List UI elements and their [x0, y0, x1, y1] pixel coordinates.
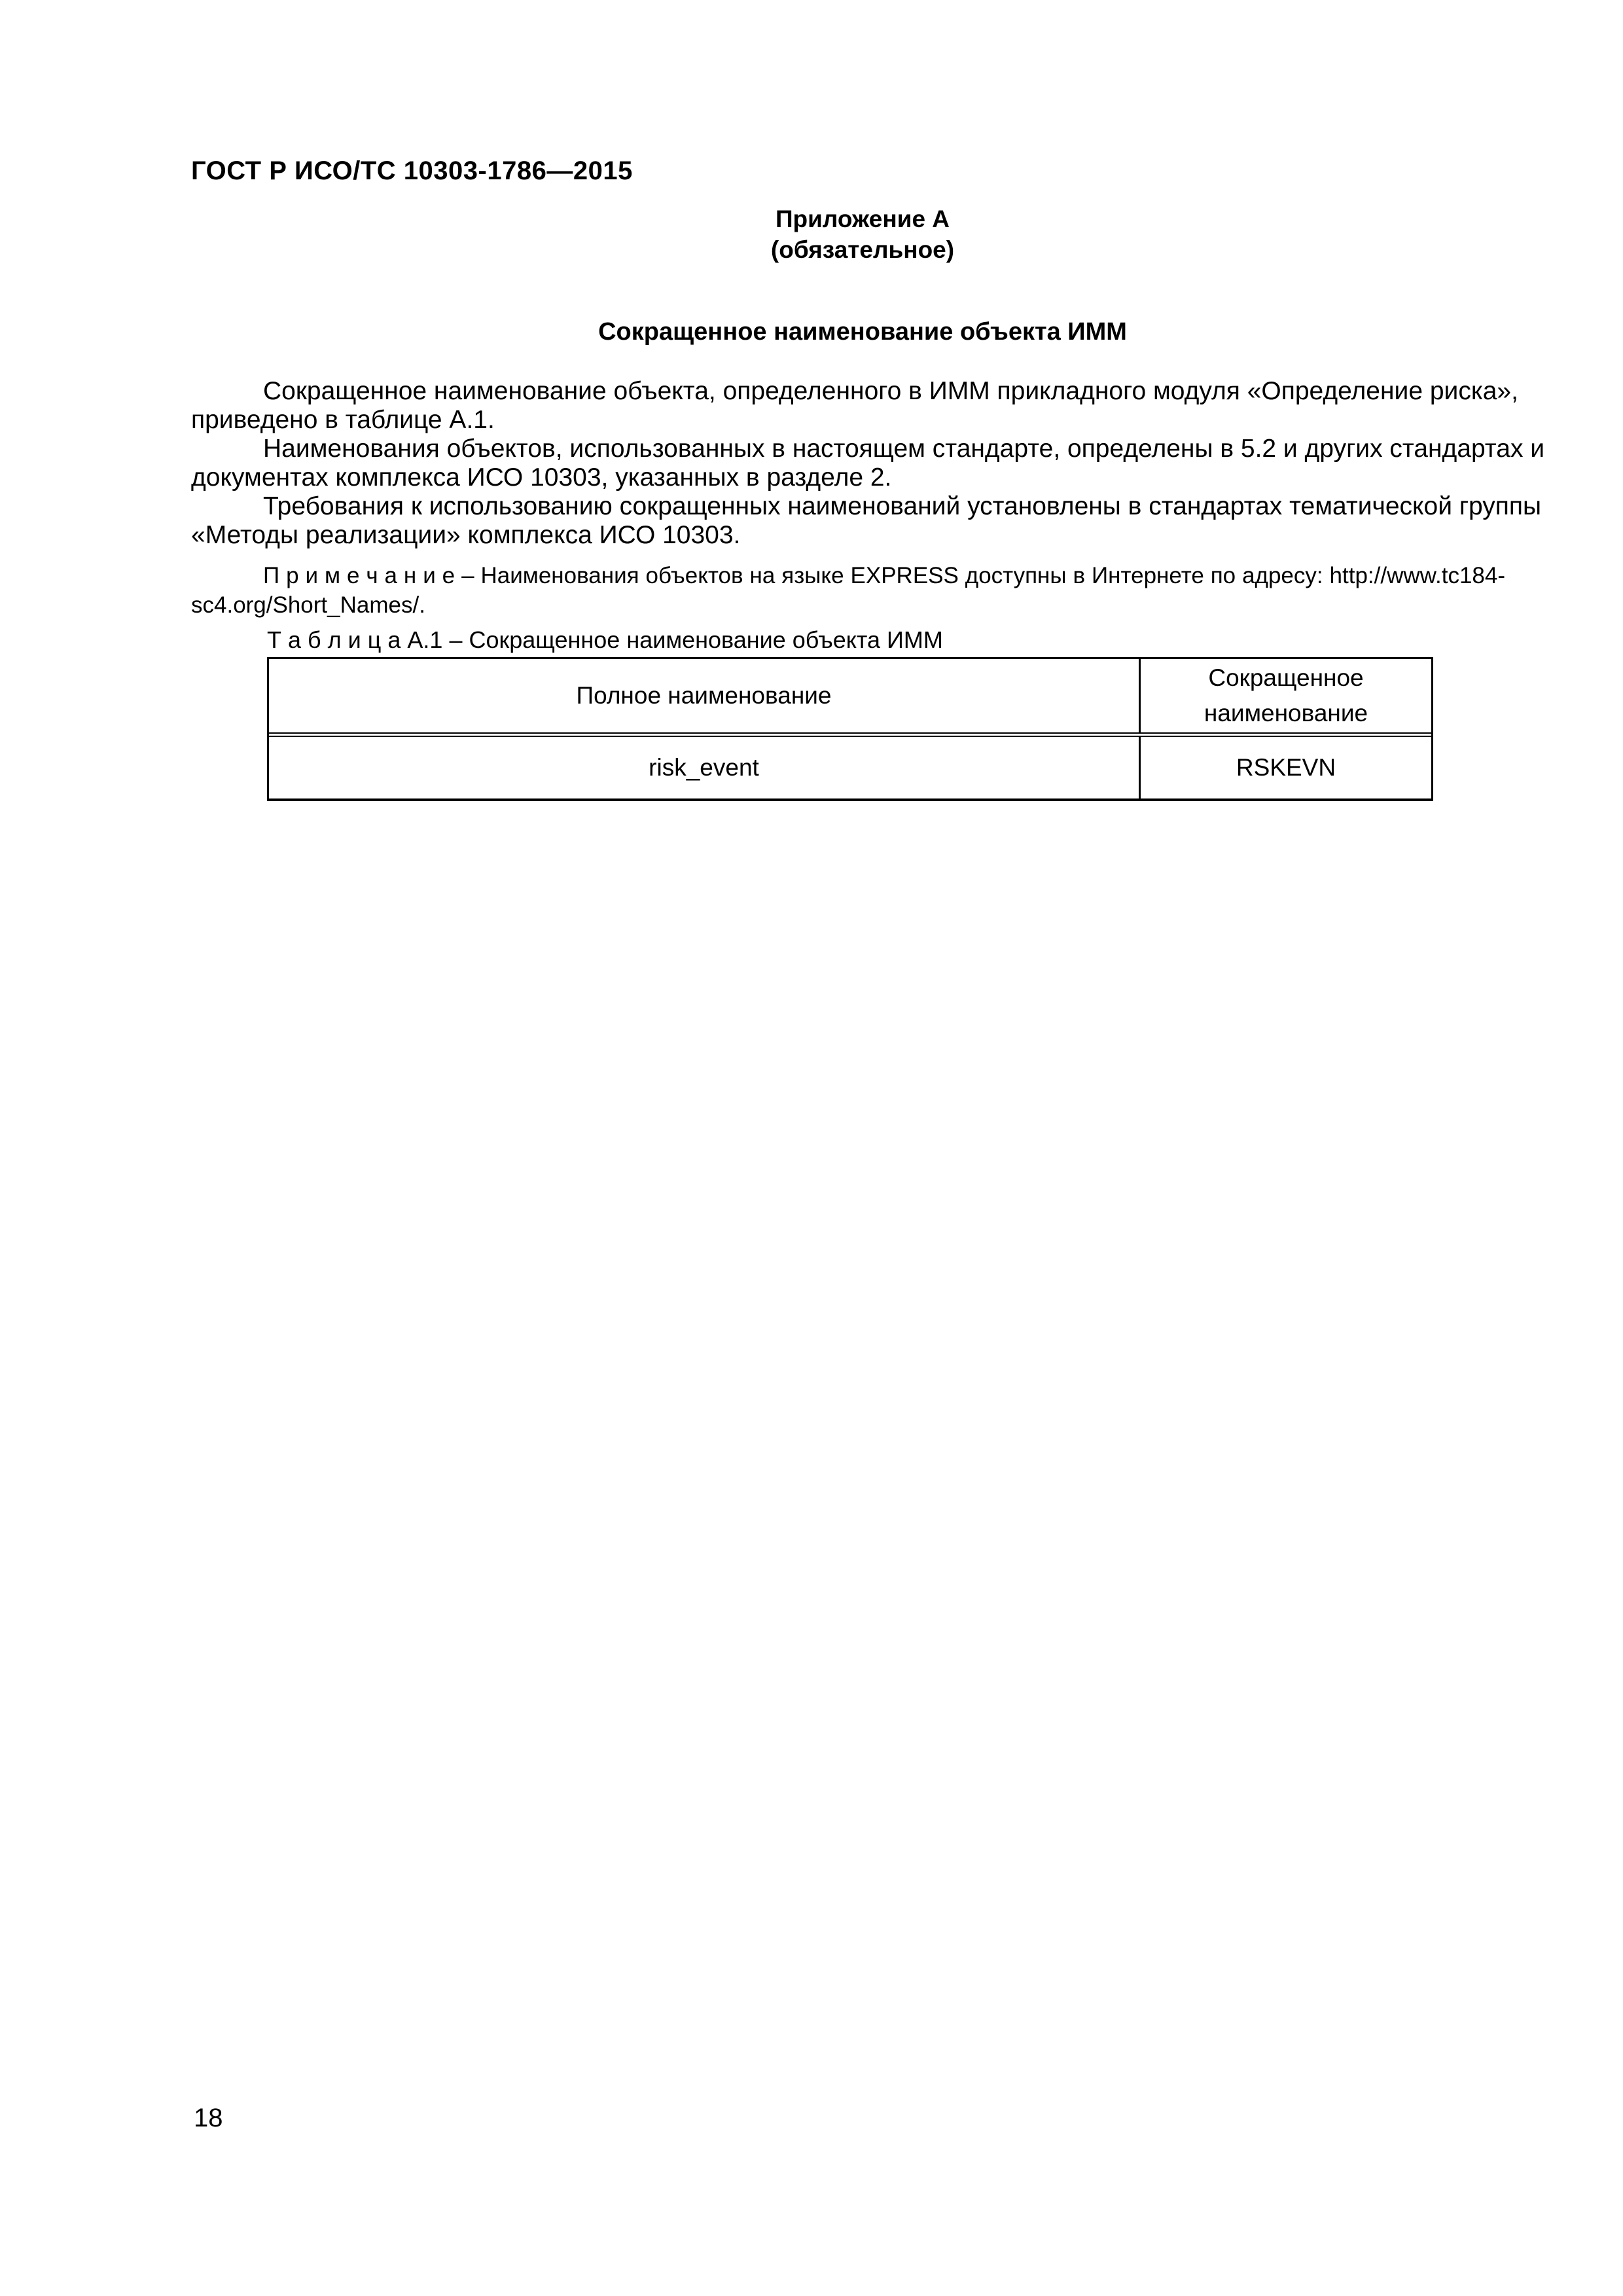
column-header-full-name: Полное наименование	[269, 659, 1141, 732]
paragraph-line: документах комплекса ИСО 10303, указанны…	[191, 463, 1505, 492]
note: П р и м е ч а н и е – Наименования объек…	[191, 561, 1505, 620]
column-header-short-name: Сокращенное наименование	[1141, 659, 1431, 732]
short-names-table: Полное наименование Сокращенное наименов…	[267, 657, 1433, 801]
table-row: risk_event RSKEVN	[269, 737, 1431, 798]
paragraph-line: приведено в таблице А.1.	[191, 406, 1505, 435]
annex-obligation: (обязательное)	[220, 234, 1505, 265]
note-line: П р и м е ч а н и е – Наименования объек…	[191, 561, 1505, 590]
annex-title: Сокращенное наименование объекта ИММ	[191, 317, 1505, 346]
table-caption: Т а б л и ц а А.1 – Сокращенное наименов…	[267, 626, 1433, 654]
document-page: ГОСТ Р ИСО/ТС 10303-1786—2015 Приложение…	[0, 0, 1623, 2296]
paragraph: Требования к использованию сокращенных н…	[191, 492, 1505, 550]
paragraph-line: «Методы реализации» комплекса ИСО 10303.	[191, 521, 1505, 550]
standard-number-header: ГОСТ Р ИСО/ТС 10303-1786—2015	[191, 157, 633, 185]
note-line: sc4.org/Short_Names/.	[191, 590, 1505, 620]
paragraph-line: Сокращенное наименование объекта, опреде…	[191, 377, 1505, 406]
page-number: 18	[194, 2104, 223, 2132]
table-header-row: Полное наименование Сокращенное наименов…	[269, 659, 1431, 737]
annex-heading: Приложение А (обязательное)	[191, 204, 1505, 265]
paragraph: Сокращенное наименование объекта, опреде…	[191, 377, 1505, 435]
paragraph-line: Требования к использованию сокращенных н…	[191, 492, 1505, 521]
paragraph-line: Наименования объектов, использованных в …	[191, 435, 1505, 463]
cell-short-name: RSKEVN	[1141, 737, 1431, 798]
cell-full-name: risk_event	[269, 737, 1141, 798]
annex-label: Приложение А	[220, 204, 1505, 234]
body-paragraphs: Сокращенное наименование объекта, опреде…	[191, 377, 1505, 550]
paragraph: Наименования объектов, использованных в …	[191, 435, 1505, 492]
